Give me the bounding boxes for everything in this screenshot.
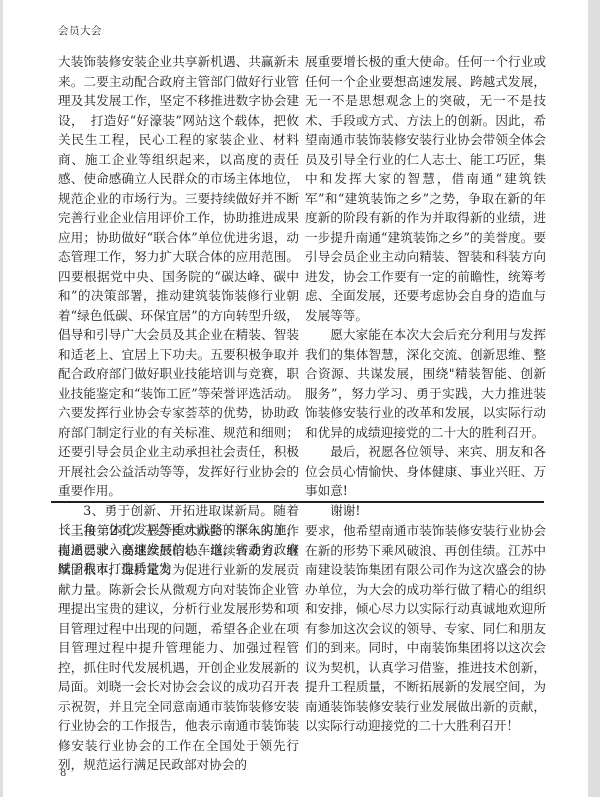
- top-left-column: 大装饰装修安装企业共享新机遇、共赢新未来。二要主动配合政府主管部门做好行业管理及…: [58, 52, 299, 579]
- paragraph: 大装饰装修安装企业共享新机遇、共赢新未来。二要主动配合政府主管部门做好行业管理及…: [58, 52, 299, 501]
- paragraph: （上接第2页）王会长对协会下半年的工作提出要求：要继续鼓信心、继续转动力、继续固…: [58, 521, 299, 775]
- paragraph: 最后，祝愿各位领导、来宾、朋友和各位会员心情愉快、身体健康、事业兴旺、万事如意!: [305, 442, 546, 501]
- paragraph: 谢谢!: [305, 501, 546, 521]
- paragraph: 愿大家能在本次大会后充分利用与发挥我们的集体智慧，深化交流、创新思维、整合资源、…: [305, 325, 546, 442]
- document-page: 会员大会 大装饰装修安装企业共享新机遇、共赢新未来。二要主动配合政府主管部门做好…: [3, 0, 588, 797]
- section-divider: [51, 501, 544, 503]
- paragraph: 展重要增长极的重大使命。任何一个行业或任何一个企业要想高速发展、跨越式发展，无一…: [305, 52, 546, 325]
- bottom-left-column: （上接第2页）王会长对协会下半年的工作提出要求：要继续鼓信心、继续转动力、继续固…: [58, 521, 299, 775]
- bottom-right-column: 要求，他希望南通市装饰装修安装行业协会在新的形势下乘风破浪、再创佳绩。江苏中南建…: [305, 521, 546, 736]
- running-title: 会员大会: [58, 23, 102, 38]
- page-number: 8: [60, 768, 66, 779]
- top-right-column: 展重要增长极的重大使命。任何一个行业或任何一个企业要想高速发展、跨越式发展，无一…: [305, 52, 546, 520]
- paragraph: 要求，他希望南通市装饰装修安装行业协会在新的形势下乘风破浪、再创佳绩。江苏中南建…: [305, 521, 546, 736]
